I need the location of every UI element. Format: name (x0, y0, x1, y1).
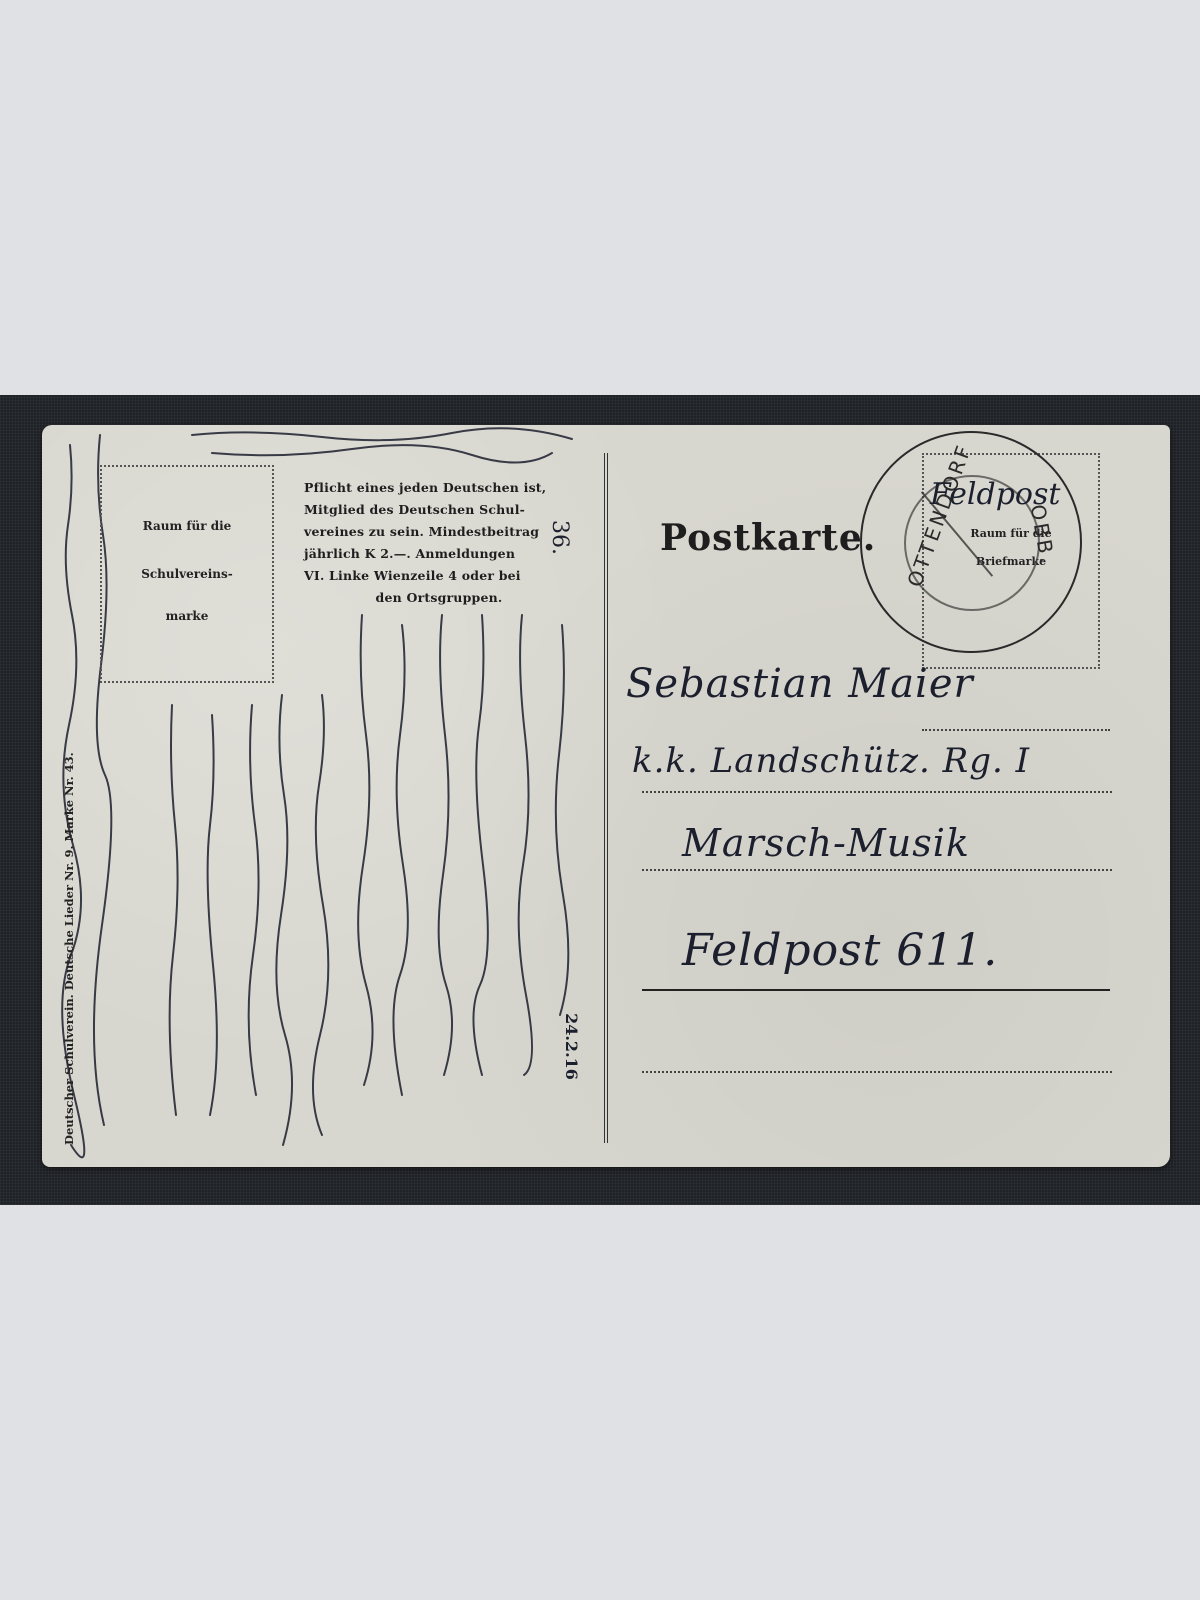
stamp-box-label-line-2: Schulvereins- (102, 567, 272, 581)
address-dotted-line (922, 729, 1110, 731)
address-dotted-line (642, 1071, 1112, 1073)
feldpost-handwritten-note: Feldpost (930, 477, 1060, 512)
page-number-note: 36. (547, 520, 572, 555)
address-line-feldpost: Feldpost 611. (682, 925, 998, 976)
address-line-unit: k.k. Landschütz. Rg. I (632, 741, 1030, 781)
info-line: Pflicht eines jeden Deutschen ist, (304, 477, 574, 499)
address-line-section: Marsch-Musik (682, 821, 970, 865)
publisher-imprint: Deutscher Schulverein. Deutsche Lieder N… (62, 752, 76, 1145)
info-line: den Ortsgruppen. (304, 587, 574, 609)
info-line: jährlich K 2.—. Anmeldungen (304, 543, 574, 565)
info-line: vereines zu sein. Mindestbeitrag (304, 521, 574, 543)
message-date: 24.2.16 (562, 1013, 581, 1080)
stamp-box-label-line-1: Raum für die (102, 519, 272, 533)
info-line: Mitglied des Deutschen Schul- (304, 499, 574, 521)
card-divider-line (604, 453, 608, 1143)
schulverein-info-text: Pflicht eines jeden Deutschen ist, Mitgl… (304, 477, 574, 609)
postcard: Raum für die Schulvereins- marke Pflicht… (42, 425, 1170, 1167)
address-dotted-line (642, 791, 1112, 793)
address-dotted-line (642, 869, 1112, 871)
stamp-box-label-line-3: marke (102, 609, 272, 623)
address-line-name: Sebastian Maier (626, 661, 974, 707)
info-line: VI. Linke Wienzeile 4 oder bei (304, 565, 574, 587)
address-underline (642, 989, 1110, 991)
schulverein-stamp-box: Raum für die Schulvereins- marke (100, 465, 274, 683)
postcard-title: Postkarte. (660, 517, 876, 559)
postmark-cancellation: OTTENDORF OBB. (860, 431, 1082, 653)
